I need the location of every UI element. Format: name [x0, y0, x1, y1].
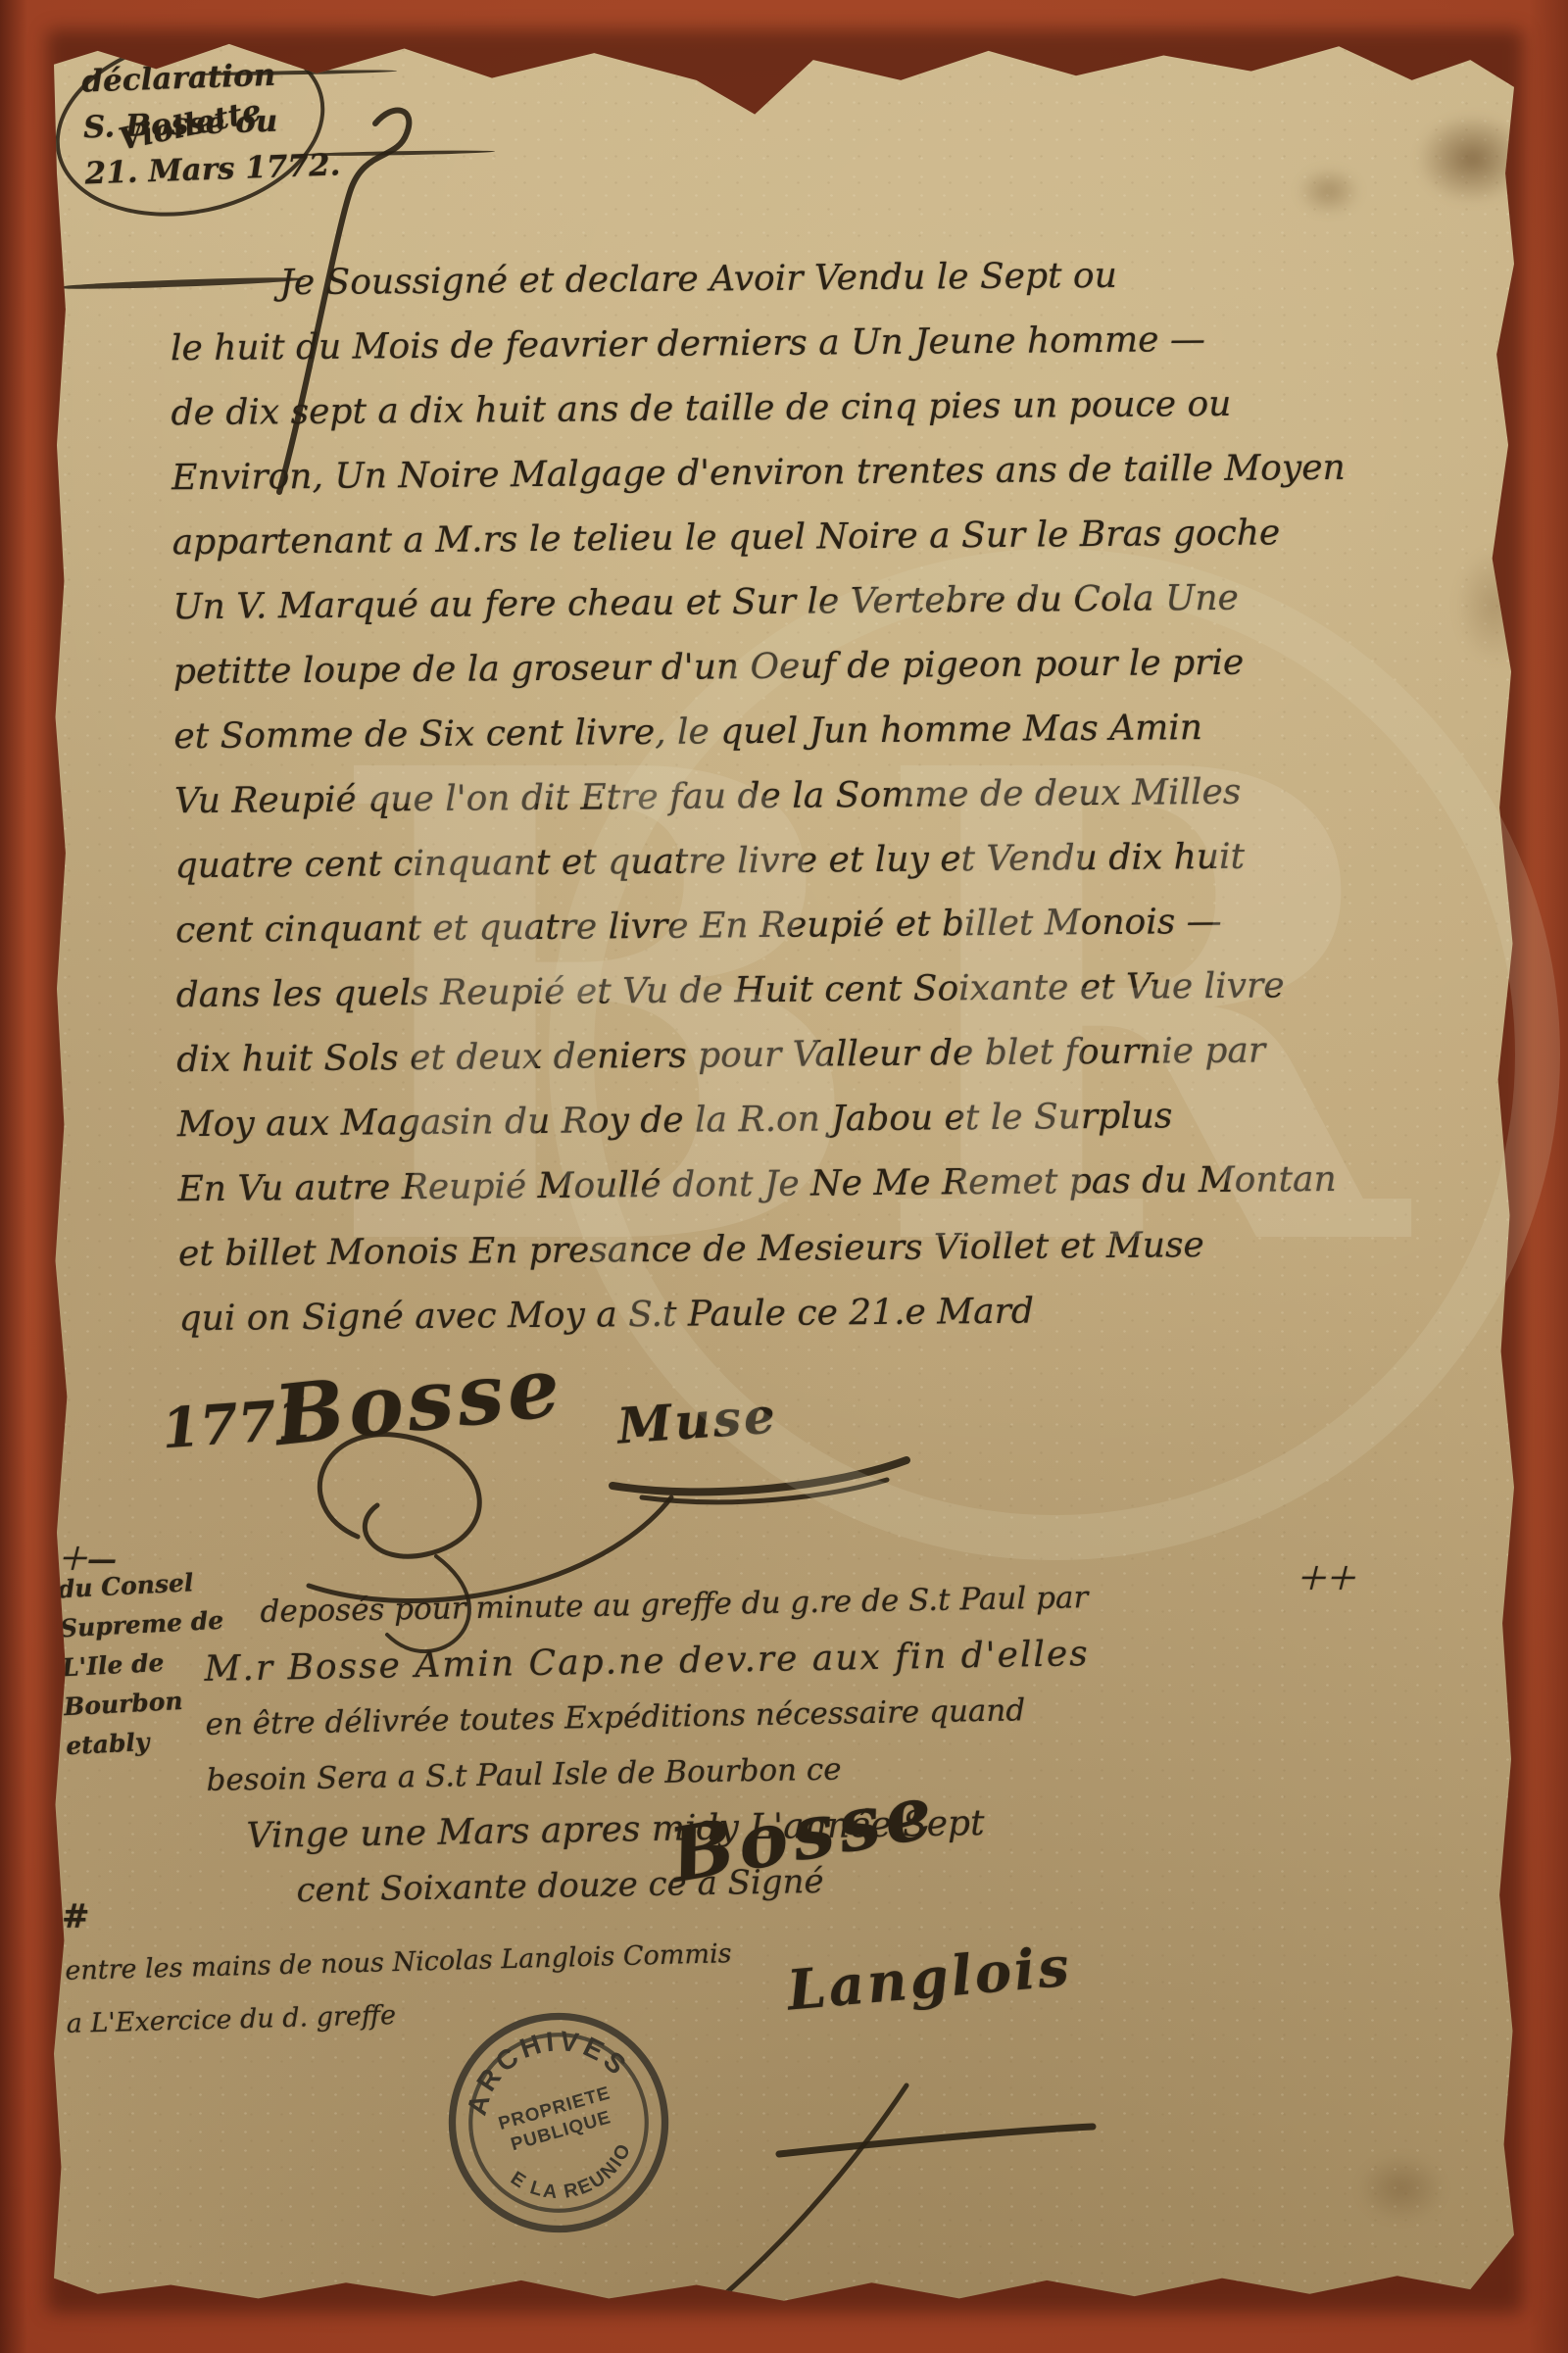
viollette-signature: Viollette [116, 93, 265, 158]
manuscript-line: appartenant a M.rs le telieu le quel Noi… [171, 501, 1346, 575]
manuscript-line: Un V. Marqué au fere cheau et Sur le Ver… [172, 565, 1347, 640]
manuscript-line: et Somme de Six cent livre, le quel Jun … [173, 695, 1347, 769]
muse-signature-flourish [603, 1446, 916, 1505]
photo-background: déclarationS. Bosse ou21. Mars 1772. Je … [0, 0, 1568, 2353]
manuscript-line: qui on Signé avec Moy a S.t Paule ce 21.… [178, 1277, 1352, 1351]
manuscript-line: En Vu autre Reupié Moullé dont Je Ne Me … [177, 1148, 1351, 1222]
manuscript-line: cent cinquant et quatre livre En Reupié … [175, 889, 1349, 963]
ink-stain [1297, 167, 1361, 216]
manuscript-paper: déclarationS. Bosse ou21. Mars 1772. Je … [54, 37, 1514, 2303]
manuscript-line: quatre cent cinquant et quatre livre et … [174, 824, 1348, 899]
manuscript-line: Moy aux Magasin du Roy de la R.on Jabou … [177, 1083, 1351, 1157]
manuscript-line: et billet Monois En presance de Mesieurs… [178, 1212, 1352, 1287]
reference-mark: ＋＋ [1297, 1554, 1355, 1597]
deposit-text: deposés pour minute au greffe du g.re de… [203, 1570, 1094, 1921]
muse-signature: Muse [615, 1386, 779, 1454]
manuscript-line: Je Soussigné et declare Avoir Vendu le S… [170, 242, 1344, 317]
manuscript-body: Je Soussigné et declare Avoir Vendu le S… [170, 242, 1352, 1351]
langlois-signature: Langlois [785, 1934, 1075, 2023]
manuscript-line: Environ, Un Noire Malgage d'environ tren… [171, 436, 1346, 511]
manuscript-line: de dix sept a dix huit ans de taille de … [171, 371, 1345, 446]
manuscript-line: Vu Reupié que l'on dit Etre fau de la So… [174, 760, 1348, 834]
manuscript-line: dans les quels Reupié et Vu de Huit cent… [175, 954, 1349, 1028]
manuscript-line: dix huit Sols et deux deniers pour Valle… [176, 1018, 1350, 1093]
manuscript-line: petitte loupe de la groseur d'un Oeuf de… [173, 630, 1347, 705]
manuscript-line: le huit du Mois de feavrier derniers a U… [171, 307, 1345, 381]
paper-stain [1357, 2154, 1445, 2223]
reference-mark: # [62, 1897, 90, 1936]
